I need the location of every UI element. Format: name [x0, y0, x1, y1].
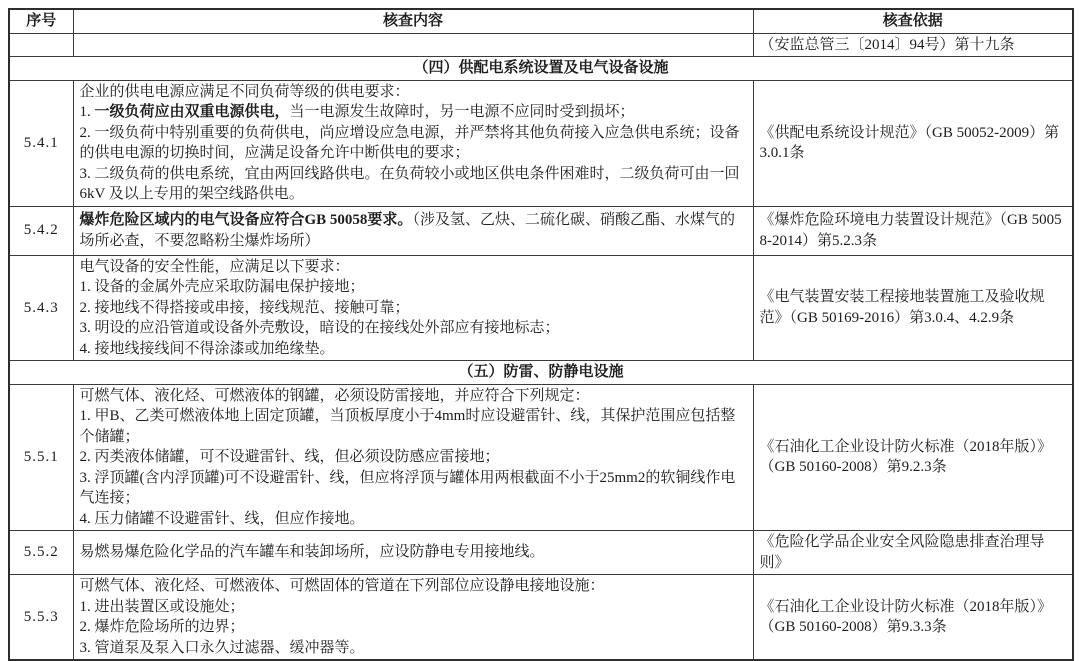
table-row: 5.4.3电气设备的安全性能，应满足以下要求：1. 设备的金属外壳应采取防漏电保… [9, 255, 1073, 361]
content-text: 3. 管道泵及泵入口永久过滤器、缓冲器等。 [80, 640, 365, 656]
check-content-cell: 可燃气体、液化烃、可燃液体、可燃固体的管道在下列部位应设静电接地设施：1. 进出… [73, 575, 753, 661]
section-title: （五）防雷、防静电设施 [9, 361, 1073, 385]
check-basis-cell: 《石油化工企业设计防火标准（2018年版）》（GB 50160-2008）第9.… [753, 384, 1073, 531]
content-line: 可燃气体、液化烃、可燃液体的钢罐，必须设防雷接地，并应符合下列规定： [80, 386, 747, 407]
check-content-cell: 爆炸危险区域内的电气设备应符合GB 50058要求。（涉及氢、乙炔、二硫化碳、硝… [73, 206, 753, 255]
check-basis-cell: 《石油化工企业设计防火标准（2018年版）》（GB 50160-2008）第9.… [753, 575, 1073, 661]
content-text: 1. 甲B、乙类可燃液体地上固定顶罐，当顶板厚度小于4mm时应设避雷针、线，其保… [80, 408, 736, 445]
content-line: 可燃气体、液化烃、可燃液体、可燃固体的管道在下列部位应设静电接地设施： [80, 576, 747, 597]
content-text: 3. 二级负荷的供电系统，宜由两回线路供电。在负荷较小或地区供电条件困难时，二级… [80, 166, 740, 203]
serial-number: 5.5.3 [9, 575, 73, 661]
content-line: 4. 压力储罐不设避雷针、线，但应作接地。 [80, 509, 747, 530]
content-line: 3. 管道泵及泵入口永久过滤器、缓冲器等。 [80, 638, 747, 659]
serial-number: 5.4.2 [9, 206, 73, 255]
content-line: 1. 甲B、乙类可燃液体地上固定顶罐，当顶板厚度小于4mm时应设避雷针、线，其保… [80, 406, 747, 447]
content-line: 易燃易爆危险化学品的汽车罐车和装卸场所，应设防静电专用接地线。 [80, 542, 747, 563]
content-text-bold: 一级负荷应由双重电源供电， [95, 104, 290, 120]
section-row: （四）供配电系统设置及电气设备设施 [9, 57, 1073, 81]
serial-number: 5.4.1 [9, 80, 73, 206]
content-line: 电气设备的安全性能，应满足以下要求： [80, 257, 747, 278]
content-text: 电气设备的安全性能，应满足以下要求： [80, 259, 350, 275]
content-line: 3. 明设的应沿管道或设备外壳敷设，暗设的在接线处外部应有接地标志； [80, 318, 747, 339]
checklist-body: （安监总管三〔2014〕94号）第十九条（四）供配电系统设置及电气设备设施5.4… [9, 33, 1073, 660]
content-line: 3. 浮顶罐(含内浮顶罐)可不设避雷针、线，但应将浮顶与罐体用两根截面不小于25… [80, 468, 747, 509]
table-row: 5.4.2爆炸危险区域内的电气设备应符合GB 50058要求。（涉及氢、乙炔、二… [9, 206, 1073, 255]
check-basis-cell: 《危险化学品企业安全风险隐患排查治理导则》 [753, 531, 1073, 575]
content-text: 2. 爆炸危险场所的边界； [80, 619, 245, 635]
table-row: （安监总管三〔2014〕94号）第十九条 [9, 33, 1073, 57]
content-text: 3. 明设的应沿管道或设备外壳敷设，暗设的在接线处外部应有接地标志； [80, 320, 560, 336]
content-line: 1. 进出装置区或设施处； [80, 597, 747, 618]
check-content-cell [73, 33, 753, 57]
content-text: 1. [80, 104, 95, 120]
document-page: 序号 核查内容 核查依据 （安监总管三〔2014〕94号）第十九条（四）供配电系… [8, 8, 1072, 661]
content-text-bold: 爆炸危险区域内的电气设备应符合GB 50058要求。 [80, 212, 413, 228]
content-text: 1. 设备的金属外壳应采取防漏电保护接地； [80, 279, 365, 295]
check-content-cell: 电气设备的安全性能，应满足以下要求：1. 设备的金属外壳应采取防漏电保护接地；2… [73, 255, 753, 361]
content-text: 2. 丙类液体储罐，可不设避雷针、线，但必须设防感应雷接地； [80, 449, 500, 465]
serial-number: 5.5.1 [9, 384, 73, 531]
content-text: 4. 压力储罐不设避雷针、线，但应作接地。 [80, 511, 365, 527]
content-text: 2. 接地线不得搭接或串接，接线规范、接触可靠； [80, 300, 410, 316]
table-row: 5.5.3可燃气体、液化烃、可燃液体、可燃固体的管道在下列部位应设静电接地设施：… [9, 575, 1073, 661]
content-text: 2. 一级负荷中特别重要的负荷供电，尚应增设应急电源，并严禁将其他负荷接入应急供… [80, 125, 740, 162]
content-text: 可燃气体、液化烃、可燃液体、可燃固体的管道在下列部位应设静电接地设施： [80, 578, 605, 594]
content-text: 易燃易爆危险化学品的汽车罐车和装卸场所，应设防静电专用接地线。 [80, 544, 545, 560]
check-content-cell: 可燃气体、液化烃、可燃液体的钢罐，必须设防雷接地，并应符合下列规定：1. 甲B、… [73, 384, 753, 531]
serial-number: 5.5.2 [9, 531, 73, 575]
section-title: （四）供配电系统设置及电气设备设施 [9, 57, 1073, 81]
content-line: 2. 爆炸危险场所的边界； [80, 617, 747, 638]
content-line: 2. 接地线不得搭接或串接，接线规范、接触可靠； [80, 298, 747, 319]
column-header-serial: 序号 [9, 9, 73, 33]
content-line: 3. 二级负荷的供电系统，宜由两回线路供电。在负荷较小或地区供电条件困难时，二级… [80, 164, 747, 205]
check-content-cell: 易燃易爆危险化学品的汽车罐车和装卸场所，应设防静电专用接地线。 [73, 531, 753, 575]
content-text: 3. 浮顶罐(含内浮顶罐)可不设避雷针、线，但应将浮顶与罐体用两根截面不小于25… [80, 470, 736, 507]
content-line: 4. 接地线接线间不得涂漆或加绝缘垫。 [80, 339, 747, 360]
content-line: 爆炸危险区域内的电气设备应符合GB 50058要求。（涉及氢、乙炔、二硫化碳、硝… [80, 210, 747, 251]
serial-number [9, 33, 73, 57]
check-basis-cell: 《爆炸危险环境电力装置设计规范》（GB 50058-2014）第5.2.3条 [753, 206, 1073, 255]
header-row: 序号 核查内容 核查依据 [9, 9, 1073, 33]
content-text: 可燃气体、液化烃、可燃液体的钢罐，必须设防雷接地，并应符合下列规定： [80, 388, 590, 404]
check-basis-cell: （安监总管三〔2014〕94号）第十九条 [753, 33, 1073, 57]
content-line: 企业的供电电源应满足不同负荷等级的供电要求： [80, 82, 747, 103]
content-line: 1. 一级负荷应由双重电源供电，当一电源发生故障时，另一电源不应同时受到损坏； [80, 102, 747, 123]
content-text: 企业的供电电源应满足不同负荷等级的供电要求： [80, 84, 410, 100]
content-line: 1. 设备的金属外壳应采取防漏电保护接地； [80, 277, 747, 298]
content-text: 4. 接地线接线间不得涂漆或加绝缘垫。 [80, 341, 335, 357]
content-text: 当一电源发生故障时，另一电源不应同时受到损坏； [290, 104, 635, 120]
table-row: 5.5.2易燃易爆危险化学品的汽车罐车和装卸场所，应设防静电专用接地线。《危险化… [9, 531, 1073, 575]
table-row: 5.5.1可燃气体、液化烃、可燃液体的钢罐，必须设防雷接地，并应符合下列规定：1… [9, 384, 1073, 531]
column-header-content: 核查内容 [73, 9, 753, 33]
check-content-cell: 企业的供电电源应满足不同负荷等级的供电要求：1. 一级负荷应由双重电源供电，当一… [73, 80, 753, 206]
check-basis-cell: 《供配电系统设计规范》（GB 50052-2009）第3.0.1条 [753, 80, 1073, 206]
column-header-basis: 核查依据 [753, 9, 1073, 33]
content-text: 1. 进出装置区或设施处； [80, 599, 245, 615]
serial-number: 5.4.3 [9, 255, 73, 361]
table-header: 序号 核查内容 核查依据 [9, 9, 1073, 33]
inspection-table: 序号 核查内容 核查依据 （安监总管三〔2014〕94号）第十九条（四）供配电系… [8, 8, 1074, 661]
content-line: 2. 丙类液体储罐，可不设避雷针、线，但必须设防感应雷接地； [80, 447, 747, 468]
section-row: （五）防雷、防静电设施 [9, 361, 1073, 385]
table-row: 5.4.1企业的供电电源应满足不同负荷等级的供电要求：1. 一级负荷应由双重电源… [9, 80, 1073, 206]
check-basis-cell: 《电气装置安装工程接地装置施工及验收规范》（GB 50169-2016）第3.0… [753, 255, 1073, 361]
content-line: 2. 一级负荷中特别重要的负荷供电，尚应增设应急电源，并严禁将其他负荷接入应急供… [80, 123, 747, 164]
